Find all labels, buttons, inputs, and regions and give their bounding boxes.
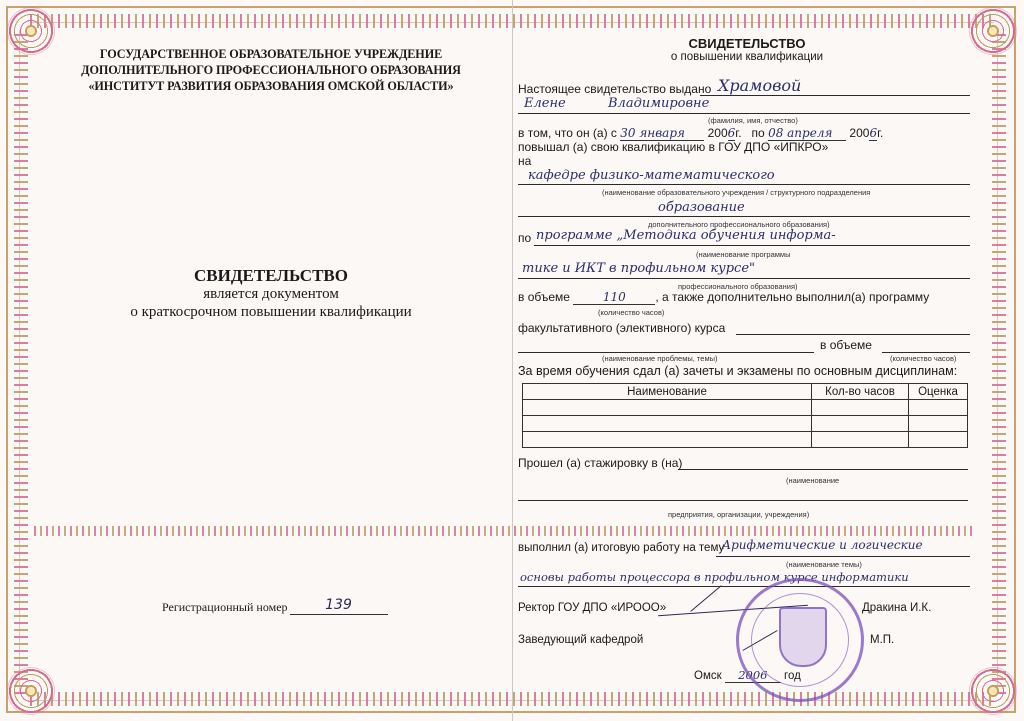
year-prefix: 200 [708, 126, 728, 140]
year-suffix: г. [735, 126, 741, 140]
institution-name: ГОСУДАРСТВЕННОЕ ОБРАЗОВАТЕЛЬНОЕ УЧРЕЖДЕН… [34, 46, 508, 94]
seal-label: М.П. [870, 634, 910, 646]
table-cell [812, 432, 909, 448]
date-from-value: 30 января [620, 126, 704, 141]
table-cell [909, 416, 968, 432]
registration-value: 139 [290, 598, 388, 615]
surname-value: Храмовой [718, 76, 801, 95]
left-border-ornament [14, 30, 28, 694]
volume-suffix: , а также дополнительно выполнил(а) прог… [655, 290, 929, 304]
table-cell [523, 416, 812, 432]
right-border-ornament [992, 30, 1006, 694]
table-row [523, 400, 968, 416]
certificate-subtitle: является документом [34, 285, 508, 303]
institution-line: «ИНСТИТУТ РАЗВИТИЯ ОБРАЗОВАНИЯ ОМСКОЙ ОБ… [34, 78, 508, 94]
institution-line: ГОСУДАРСТВЕННОЕ ОБРАЗОВАТЕЛЬНОЕ УЧРЕЖДЕН… [34, 46, 508, 62]
table-cell [812, 400, 909, 416]
program-value: программе „Методика обучения информа- [536, 228, 836, 243]
issued-to-label: Настоящее свидетельство выдано [518, 82, 711, 96]
year-prefix: 200 [849, 126, 869, 140]
field-hint: (наименование [786, 476, 839, 485]
round-seal-icon [736, 578, 864, 702]
column-header: Оценка [909, 384, 968, 400]
program-value-2: тике и ИКТ в профильном курсе" [522, 261, 755, 276]
underline [518, 99, 970, 114]
corner-rosette-icon [970, 668, 1016, 714]
certificate-title: СВИДЕТЕЛЬСТВО [34, 266, 508, 285]
exams-label: За время обучения сдал (а) зачеты и экза… [518, 364, 970, 378]
year-to-digit: 6 [869, 126, 877, 141]
table-cell [523, 400, 812, 416]
right-page: СВИДЕТЕЛЬСТВО о повышении квалификации Н… [518, 30, 976, 690]
field-hint: (количество часов) [890, 354, 956, 363]
elective-volume-label: в объеме [820, 338, 880, 352]
column-header: Наименование [523, 384, 812, 400]
exams-table: Наименование Кол-во часов Оценка [522, 383, 968, 448]
field-hint: (наименование проблемы, темы) [602, 354, 718, 363]
table-cell [909, 400, 968, 416]
first-name-value: Елене [524, 96, 566, 111]
volume-row: в объеме 110, а также дополнительно выпо… [518, 290, 970, 305]
field-hint: (наименование программы [696, 250, 790, 259]
underline [678, 455, 968, 470]
rector-name: Дракина И.К. [862, 602, 962, 614]
year-suffix: г. [877, 126, 883, 140]
registration-label: Регистрационный номер [162, 600, 288, 615]
city: Омск [694, 670, 722, 682]
department-value-2: образование [658, 200, 745, 215]
page-fold [512, 0, 513, 721]
field-hint: (фамилия, имя, отчество) [708, 116, 798, 125]
field-hint: предприятия, организации, учреждения) [668, 510, 809, 519]
period-to-label: по [752, 126, 765, 140]
underline [882, 338, 970, 353]
volume-hours-value: 110 [573, 290, 655, 305]
left-certificate-heading: СВИДЕТЕЛЬСТВО является документом о крат… [34, 266, 508, 321]
qualification-statement: повышал (а) свою квалификацию в ГОУ ДПО … [518, 140, 970, 154]
underline [518, 486, 968, 501]
registration-number: Регистрационный номер 139 [162, 598, 388, 615]
column-header: Кол-во часов [812, 384, 909, 400]
field-hint: (наименование образовательного учреждени… [602, 188, 870, 197]
table-header-row: Наименование Кол-во часов Оценка [523, 384, 968, 400]
field-hint: (наименование темы) [786, 560, 862, 569]
final-work-value-2: основы работы процессора в профильном ку… [520, 570, 909, 584]
institution-line: ДОПОЛНИТЕЛЬНОГО ПРОФЕССИОНАЛЬНОГО ОБРАЗО… [34, 62, 508, 78]
certificate-title: СВИДЕТЕЛЬСТВО [518, 36, 976, 51]
corner-rosette-icon [970, 8, 1016, 54]
table-cell [523, 432, 812, 448]
patronymic-value: Владимировне [608, 96, 709, 111]
table-cell [909, 432, 968, 448]
certificate-subtitle: о повышении квалификации [518, 51, 976, 63]
final-work-value: Арифметические и логические [722, 538, 923, 552]
table-row [523, 432, 968, 448]
department-value: кафедре физико-математического [528, 168, 775, 183]
field-hint: (количество часов) [598, 308, 664, 317]
period-row: в том, что он (а) с 30 января 2006г. по … [518, 126, 970, 141]
date-to-value: 08 апреля [768, 126, 846, 141]
table-row [523, 416, 968, 432]
left-page: ГОСУДАРСТВЕННОЕ ОБРАЗОВАТЕЛЬНОЕ УЧРЕЖДЕН… [34, 30, 508, 690]
table-cell [812, 416, 909, 432]
at-label: на [518, 154, 970, 168]
volume-label: в объеме [518, 290, 570, 304]
certificate-subtitle: о краткосрочном повышении квалификации [34, 303, 508, 321]
underline [518, 338, 814, 353]
underline [736, 320, 970, 335]
coat-of-arms-icon [779, 607, 827, 667]
period-label: в том, что он (а) с [518, 126, 617, 140]
